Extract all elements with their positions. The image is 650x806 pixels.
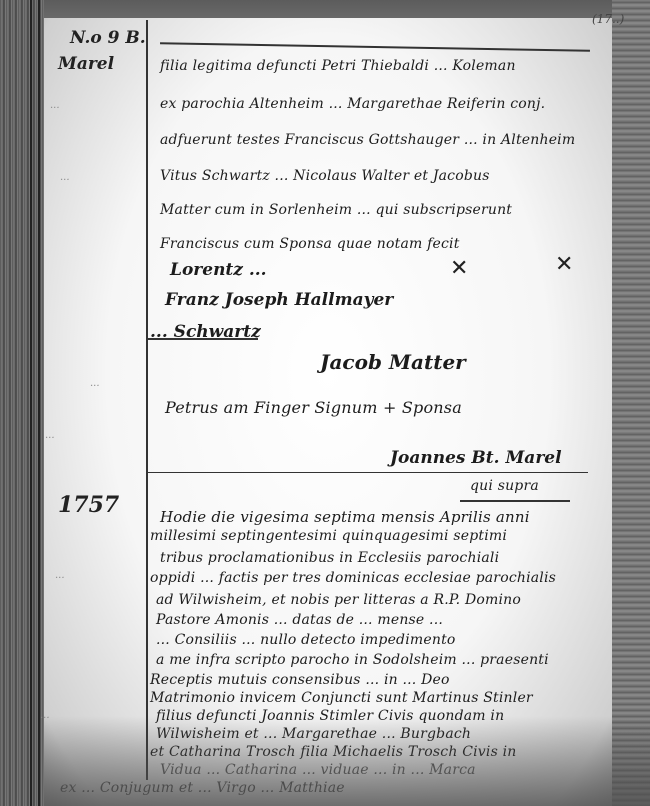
margin-bleedthrough: ... xyxy=(90,378,100,389)
margin-bleedthrough: ... xyxy=(60,172,70,183)
entry-2-line: ad Wilwisheim, et nobis per litteras a R… xyxy=(156,592,521,608)
binding-rule xyxy=(30,0,32,806)
entry-1-line: Matter cum in Sorlenheim ... qui subscri… xyxy=(160,202,512,218)
priest-signature: Joannes Bt. Marel xyxy=(390,448,562,468)
sponsa-signum-line: Petrus am Finger Signum + Sponsa xyxy=(165,398,462,417)
entry-2-line: millesimi septingentesimi quinquagesimi … xyxy=(150,528,507,544)
entry-2-line: ... Consiliis ... nullo detecto impedime… xyxy=(156,632,456,648)
entry-2-line: Receptis mutuis consensibus ... in ... D… xyxy=(150,672,450,688)
margin-bleedthrough: ... xyxy=(55,570,65,581)
page-right-edge xyxy=(612,0,650,806)
margin-rule xyxy=(146,20,148,780)
entry-2-line: Pastore Amonis ... datas de ... mense ..… xyxy=(156,612,443,628)
entry-1-line: Vitus Schwartz ... Nicolaus Walter et Ja… xyxy=(160,168,490,184)
qui-supra: qui supra xyxy=(470,478,539,494)
page-bottom-shadow xyxy=(44,716,650,806)
page-reference: (17..) xyxy=(592,12,624,26)
entry-2-line: tribus proclamationibus in Ecclesiis par… xyxy=(160,550,499,566)
entry-1-line: ex parochia Altenheim ... Margarethae Re… xyxy=(160,96,545,112)
witness-signature: Lorentz ... xyxy=(170,260,267,280)
entry-1-line: Franciscus cum Sponsa quae notam fecit xyxy=(160,236,460,252)
entry-separator xyxy=(148,472,588,473)
entry-1-margin-name: Marel xyxy=(58,54,114,74)
margin-bleedthrough: ... xyxy=(45,430,55,441)
witness-signature: Jacob Matter xyxy=(320,350,466,374)
entry-2-line: Matrimonio invicem Conjuncti sunt Martin… xyxy=(150,690,533,706)
binding-rule xyxy=(38,0,40,806)
signature-cross-mark: ✕ xyxy=(450,256,468,281)
entry-2-year: 1757 xyxy=(58,492,119,518)
margin-bleedthrough: ... xyxy=(50,100,60,111)
entry-2-line: Hodie die vigesima septima mensis Aprili… xyxy=(160,508,530,526)
entry-1-line: filia legitima defuncti Petri Thiebaldi … xyxy=(160,58,516,74)
signature-cross-mark: ✕ xyxy=(555,252,573,277)
entry-2-line: oppidi ... factis per tres dominicas ecc… xyxy=(150,570,556,586)
entry-1-number: N.o 9 B. xyxy=(70,28,146,48)
witness-signature: Franz Joseph Hallmayer xyxy=(165,290,393,310)
signature-underline xyxy=(148,338,258,340)
entry-2-line: a me infra scripto parocho in Sodolsheim… xyxy=(156,652,549,668)
entry-1-line: adfuerunt testes Franciscus Gottshauger … xyxy=(160,132,575,148)
qui-supra-underline xyxy=(460,500,570,502)
book-binding xyxy=(0,0,44,806)
